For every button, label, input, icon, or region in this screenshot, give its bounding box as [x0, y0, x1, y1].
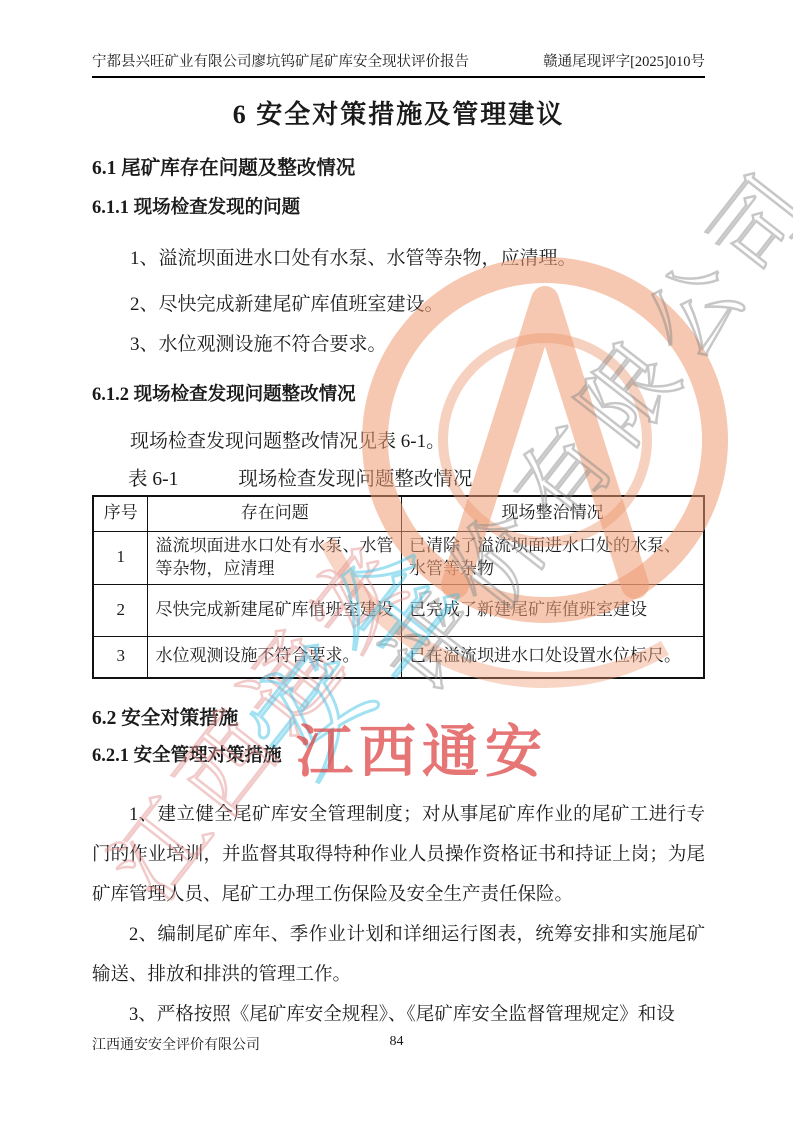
table-row: 2 尽快完成新建尾矿库值班室建设 已完成了新建尾矿库值班室建设 [93, 584, 704, 636]
section-6-1-2-heading: 6.1.2 现场检查发现问题整改情况 [92, 384, 705, 407]
measure-paragraph-2: 2、编制尾矿库年、季作业计划和详细运行图表，统筹安排和实施尾矿输送、排放和排洪的… [92, 915, 705, 995]
page-header: 宁都县兴旺矿业有限公司廖坑钨矿尾矿库安全现状评价报告 赣通尾现评字[2025]0… [92, 50, 705, 78]
section-6-1-1-heading: 6.1.1 现场检查发现的问题 [92, 197, 705, 220]
cell-index: 3 [93, 636, 148, 678]
header-report-title: 宁都县兴旺矿业有限公司廖坑钨矿尾矿库安全现状评价报告 [92, 50, 469, 71]
cell-index: 2 [93, 584, 148, 636]
document-page: 宁都县兴旺矿业有限公司廖坑钨矿尾矿库安全现状评价报告 赣通尾现评字[2025]0… [0, 0, 793, 1122]
cell-rectification: 已清除了溢流坝面进水口处的水泵、水管等杂物 [402, 531, 704, 584]
issue-item-2: 2、尽快完成新建尾矿库值班室建设。 [92, 292, 705, 318]
col-header-index: 序号 [93, 496, 148, 532]
col-header-rectification: 现场整治情况 [402, 496, 704, 532]
rectification-table: 序号 存在问题 现场整治情况 1 溢流坝面进水口处有水泵、水管等杂物，应清理 已… [92, 495, 705, 679]
cell-problem: 尽快完成新建尾矿库值班室建设 [148, 584, 402, 636]
table-row: 3 水位观测设施不符合要求。 已在溢流坝进水口处设置水位标尺。 [93, 636, 704, 678]
section-6-2-heading: 6.2 安全对策措施 [92, 707, 705, 731]
table-caption: 表 6-1 现场检查发现问题整改情况 [128, 467, 705, 492]
header-doc-number: 赣通尾现评字[2025]010号 [543, 50, 705, 71]
table-header-row: 序号 存在问题 现场整治情况 [93, 496, 704, 532]
cell-problem: 溢流坝面进水口处有水泵、水管等杂物，应清理 [148, 531, 402, 584]
issue-item-3: 3、水位观测设施不符合要求。 [92, 332, 705, 358]
cell-index: 1 [93, 531, 148, 584]
section-6-1-heading: 6.1 尾矿库存在问题及整改情况 [92, 157, 705, 181]
cell-rectification: 已在溢流坝进水口处设置水位标尺。 [402, 636, 704, 678]
table-intro-text: 现场检查发现问题整改情况见表 6-1。 [92, 429, 705, 455]
cell-rectification: 已完成了新建尾矿库值班室建设 [402, 584, 704, 636]
measure-paragraph-1: 1、建立健全尾矿库安全管理制度；对从事尾矿库作业的尾矿工进行专门的作业培训，并监… [92, 795, 705, 915]
measure-paragraph-3: 3、严格按照《尾矿库安全规程》、《尾矿库安全监督管理规定》和设 [92, 995, 705, 1035]
footer-company-name: 江西通安安全评价有限公司 [92, 1034, 260, 1054]
page-footer: 84 江西通安安全评价有限公司 [0, 1034, 793, 1058]
col-header-problem: 存在问题 [148, 496, 402, 532]
table-row: 1 溢流坝面进水口处有水泵、水管等杂物，应清理 已清除了溢流坝面进水口处的水泵、… [93, 531, 704, 584]
table-caption-label: 表 6-1 [128, 467, 178, 492]
chapter-title: 6 安全对策措施及管理建议 [92, 94, 705, 131]
page-content: 宁都县兴旺矿业有限公司廖坑钨矿尾矿库安全现状评价报告 赣通尾现评字[2025]0… [0, 0, 793, 1035]
issue-item-1: 1、溢流坝面进水口处有水泵、水管等杂物，应清理。 [92, 246, 705, 272]
cell-problem: 水位观测设施不符合要求。 [148, 636, 402, 678]
section-6-2-1-heading: 6.2.1 安全管理对策措施 [92, 745, 705, 768]
table-caption-title: 现场检查发现问题整改情况 [238, 467, 472, 492]
